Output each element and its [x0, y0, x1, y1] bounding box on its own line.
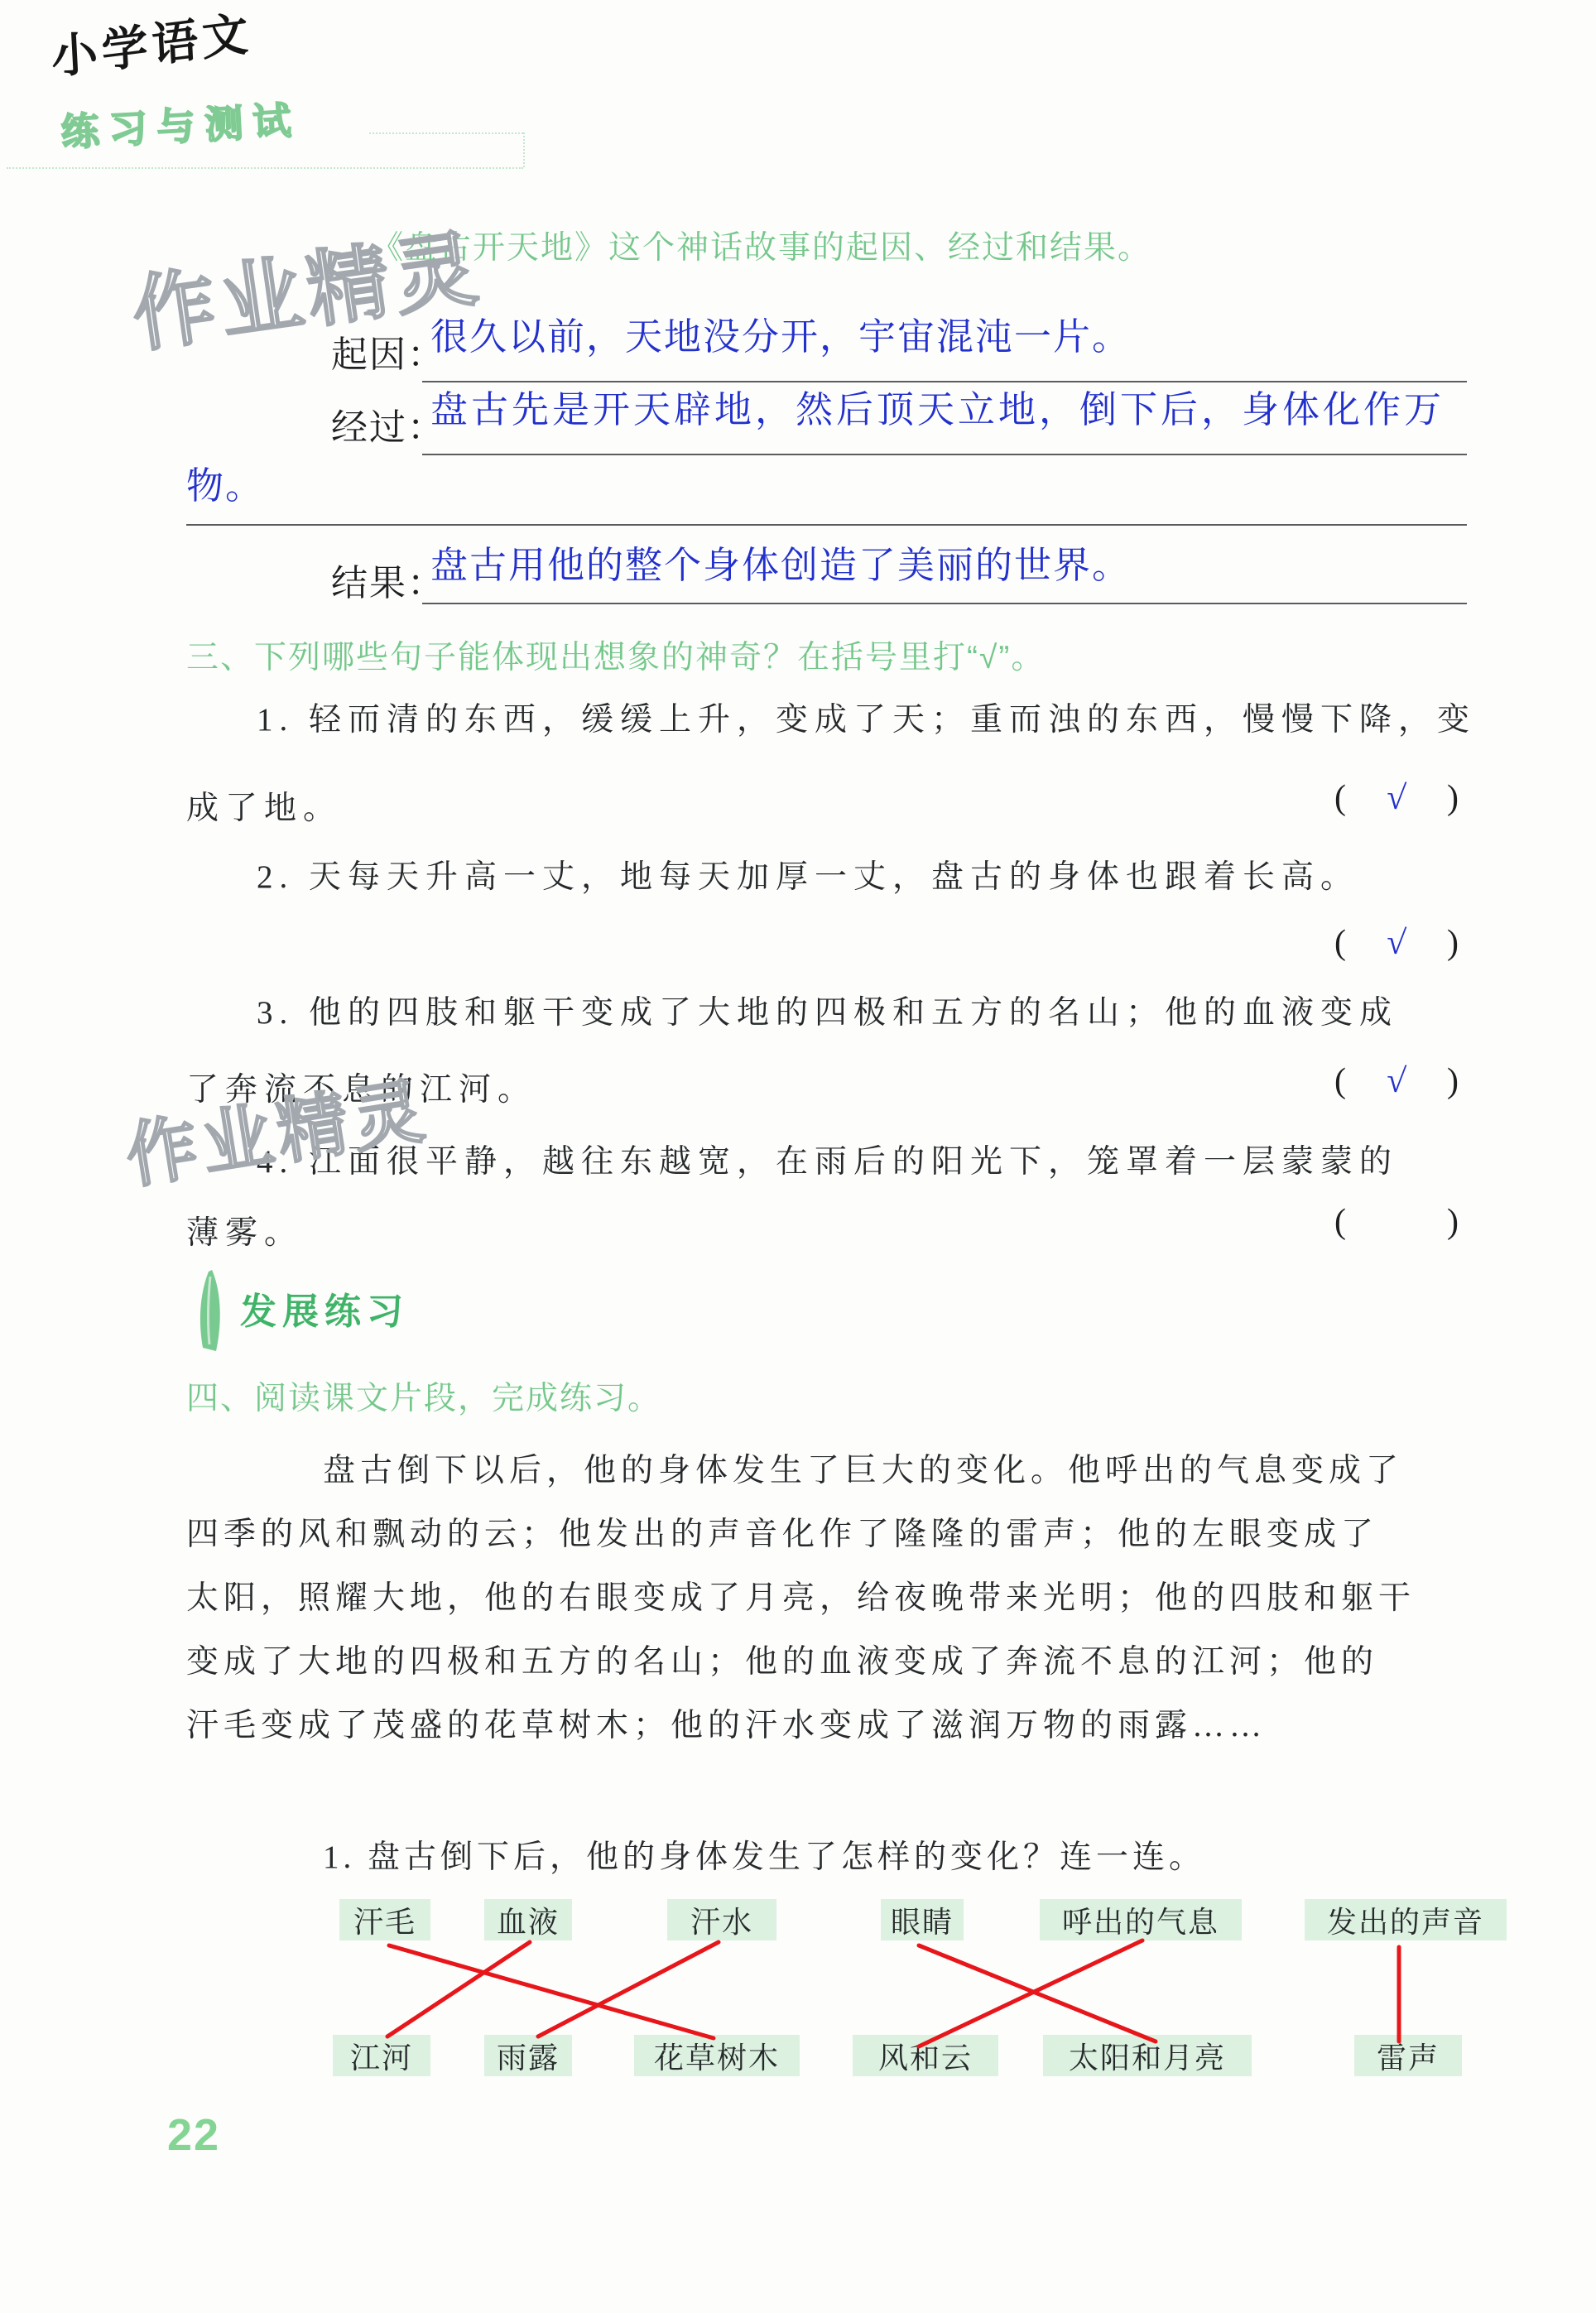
line-hanshui-yulu [538, 1942, 719, 2036]
paren-close: ) [1447, 1061, 1459, 1101]
line-hanmao-huacaoshumu [389, 1945, 714, 2038]
book-subtitle: 练习与测试 [60, 90, 302, 157]
passage-line: 四季的风和飘动的云；他发出的声音化作了隆隆的雷声；他的左眼变成了 [186, 1508, 1378, 1555]
line-xueye-jianghe [387, 1942, 530, 2036]
paren-open: ( [1334, 923, 1346, 963]
passage-line: 变成了大地的四极和五方的名山；他的血液变成了奔流不息的江河；他的 [186, 1636, 1378, 1682]
question2-prompt: 《盘古开天地》这个神话故事的起因、经过和结果。 [371, 222, 1151, 268]
process-label: 经过： [331, 397, 445, 450]
workbook-page: 小学语文 练习与测试 作业精灵 作业精灵 《盘古开天地》这个神话故事的起因、经过… [0, 0, 1596, 2313]
process-answer-cont: 物。 [186, 455, 264, 509]
item2-line1: 2. 天每天升高一丈，地每天加厚一丈，盘古的身体也跟着长高。 [257, 851, 1359, 897]
paren-open: ( [1334, 1061, 1346, 1101]
check-mark: √ [1386, 1060, 1407, 1101]
dotted-divider [7, 167, 523, 169]
item3-answer-parens: (√) [1334, 1061, 1459, 1101]
paren-open: ( [1334, 1202, 1346, 1242]
match-connector-lines [0, 1887, 1596, 2136]
item4-answer-parens: () [1334, 1202, 1459, 1242]
paren-close: ) [1447, 778, 1459, 818]
paren-close: ) [1447, 923, 1459, 963]
brush-stroke-icon [192, 1268, 228, 1354]
item1-line1: 1. 轻而清的东西，缓缓上升，变成了天；重而浊的东西，慢慢下降，变 [257, 694, 1476, 740]
passage-line: 盘古倒下以后，他的身体发生了巨大的变化。他呼出的气息变成了 [323, 1445, 1403, 1491]
dotted-divider [523, 132, 525, 167]
check-mark: √ [1386, 777, 1407, 818]
book-title: 小学语文 [50, 0, 253, 88]
item2-answer-parens: (√) [1334, 923, 1459, 963]
section4-header: 四、阅读课文片段，完成练习。 [186, 1373, 661, 1419]
item1-line2: 成了地。 [186, 782, 342, 829]
line-huchudeqixi-fenheyun [919, 1940, 1142, 2046]
answer-line [422, 454, 1467, 455]
passage-line: 汗毛变成了茂盛的花草树木；他的汗水变成了滋润万物的雨露…… [186, 1700, 1267, 1746]
answer-line [186, 524, 1467, 526]
paren-close: ) [1447, 1202, 1459, 1242]
check-mark: √ [1386, 922, 1407, 963]
item4-line2: 薄雾。 [186, 1207, 303, 1253]
paren-open: ( [1334, 778, 1346, 818]
match-question: 1. 盘古倒下后，他的身体发生了怎样的变化？连一连。 [323, 1831, 1205, 1878]
section3-header: 三、下列哪些句子能体现出想象的神奇？在括号里打“√”。 [186, 632, 1045, 678]
item1-answer-parens: (√) [1334, 778, 1459, 818]
answer-line [422, 603, 1467, 604]
result-answer: 盘古用他的整个身体创造了美丽的世界。 [430, 535, 1131, 589]
result-label: 结果： [331, 553, 445, 606]
process-answer: 盘古先是开天辟地，然后顶天立地，倒下后，身体化作万 [430, 379, 1445, 433]
development-practice-header: 发展练习 [240, 1282, 409, 1334]
cause-answer: 很久以前，天地没分开，宇宙混沌一片。 [430, 306, 1131, 360]
passage-line: 太阳，照耀大地，他的右眼变成了月亮，给夜晚带来光明；他的四肢和躯干 [186, 1572, 1416, 1618]
dotted-divider [369, 132, 523, 134]
line-yanjing-taiyangheyueliang [919, 1945, 1156, 2041]
item3-line1: 3. 他的四肢和躯干变成了大地的四极和五方的名山；他的血液变成 [257, 987, 1398, 1033]
